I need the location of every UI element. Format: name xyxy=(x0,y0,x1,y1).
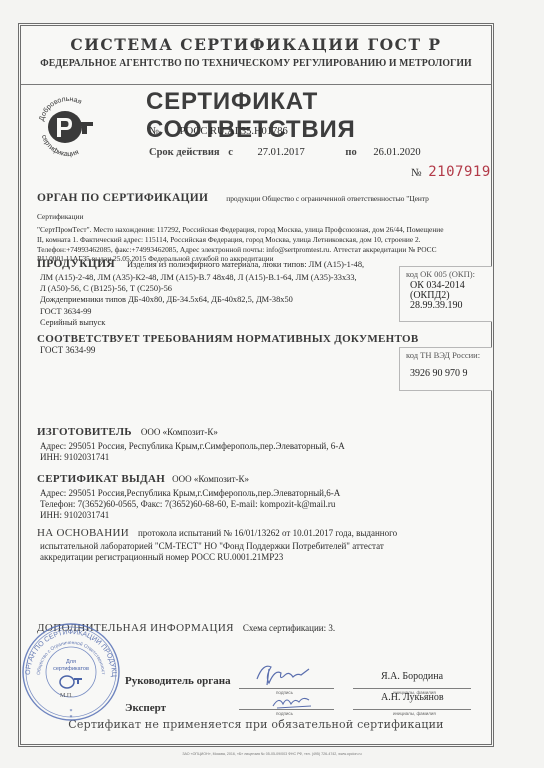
manufacturer-name: ООО «Композит-К» xyxy=(141,427,218,437)
issued-to-section: СЕРТИФИКАТ ВЫДАН ООО «Композит-К» Адрес:… xyxy=(37,469,477,522)
basis-title: НА ОСНОВАНИИ xyxy=(37,527,129,539)
from-label: с xyxy=(228,147,233,158)
products-line: ЛМ (А15)-2-48, ЛМ (А35)-К2-48, ЛМ (А15)-… xyxy=(37,272,397,283)
manufacturer-title: ИЗГОТОВИТЕЛЬ xyxy=(37,426,132,438)
validity-row: Срок действия с 27.01.2017 по 26.01.2020 xyxy=(149,147,421,158)
basis-line: протокола испытаний № 16/01/13262 от 10.… xyxy=(138,528,397,538)
basis-line: испытательной лабораторией "СМ-ТЕСТ" НО … xyxy=(37,541,477,552)
products-title: ПРОДУКЦИЯ xyxy=(37,258,115,270)
issued-to-inn: ИНН: 9102031741 xyxy=(37,510,477,521)
basis-section: НА ОСНОВАНИИ протокола испытаний № 16/01… xyxy=(37,523,477,563)
head-label: Руководитель органа xyxy=(125,675,231,687)
signature-icon xyxy=(249,659,329,689)
manufacturer-address: Адрес: 295051 Россия, Республика Крым,г.… xyxy=(37,441,477,452)
serial-number: 2107919 xyxy=(428,164,491,180)
compliance-section: СООТВЕТСТВУЕТ ТРЕБОВАНИЯМ НОРМАТИВНЫХ ДО… xyxy=(37,333,457,356)
tnved-code-label: код ТН ВЭД России: xyxy=(406,350,492,360)
issued-to-name: ООО «Композит-К» xyxy=(172,474,249,484)
manufacturer-section: ИЗГОТОВИТЕЛЬ ООО «Композит-К» Адрес: 295… xyxy=(37,422,477,463)
compliance-title: СООТВЕТСТВУЕТ ТРЕБОВАНИЯМ НОРМАТИВНЫХ ДО… xyxy=(37,333,457,345)
okp-code-box: код ОК 005 (ОКП): ОК 034-2014 (ОКПД2) 28… xyxy=(399,266,492,322)
expert-name-line xyxy=(353,709,471,710)
basis-line: аккредитации регистрационный номер РОСС … xyxy=(37,552,477,563)
certification-body-section: ОРГАН ПО СЕРТИФИКАЦИИ продукции Общество… xyxy=(37,188,477,264)
svg-text:М.П.: М.П. xyxy=(60,693,73,699)
certification-body-title: ОРГАН ПО СЕРТИФИКАЦИИ xyxy=(37,192,208,204)
products-line: Серийный выпуск xyxy=(37,317,397,328)
manufacturer-inn: ИНН: 9102031741 xyxy=(37,452,477,463)
svg-text:Для: Для xyxy=(66,659,76,665)
signature-icon xyxy=(269,690,319,712)
compliance-standard: ГОСТ 3634-99 xyxy=(37,345,457,356)
certification-scheme: Схема сертификации: 3. xyxy=(243,623,335,633)
tnved-code-value: 3926 90 970 9 xyxy=(406,369,492,379)
system-title: СИСТЕМА СЕРТИФИКАЦИИ ГОСТ Р xyxy=(21,35,491,54)
products-line: Дождеприемники типов ДБ-40х80, ДБ-34.5х6… xyxy=(37,294,397,305)
registration-number: РОСС RU.АГ35.Н01786 xyxy=(180,126,288,137)
expert-name: А.Н. Лукьянов xyxy=(381,692,444,703)
registration-number-row: № РОСС RU.АГ35.Н01786 xyxy=(149,126,288,137)
svg-text:сертификатов: сертификатов xyxy=(53,666,89,672)
serial-row: № 2107919 xyxy=(411,164,491,180)
tnved-code-box: код ТН ВЭД России: 3926 90 970 9 xyxy=(399,347,492,391)
certification-body-line: Телефон:+74993462085, факс:+74993462085,… xyxy=(37,245,477,255)
header-block: СИСТЕМА СЕРТИФИКАЦИИ ГОСТ Р ФЕДЕРАЛЬНОЕ … xyxy=(21,26,491,85)
rst-mark-icon: Добровольная сертификация xyxy=(35,93,101,159)
head-name-line xyxy=(353,688,471,689)
issued-to-contacts: Телефон: 7(3652)60-0565, Факс: 7(3652)60… xyxy=(37,499,477,510)
svg-text:*: * xyxy=(70,715,73,721)
issued-to-address: Адрес: 295051 Россия,Республика Крым,г.С… xyxy=(37,488,477,499)
to-label: по xyxy=(345,147,356,158)
products-section: ПРОДУКЦИЯ Изделия из полиэфирного матери… xyxy=(37,254,397,328)
valid-to-date: 26.01.2020 xyxy=(373,147,420,158)
expert-signature-caption: подпись xyxy=(276,711,293,716)
agency-name: ФЕДЕРАЛЬНОЕ АГЕНТСТВО ПО ТЕХНИЧЕСКОМУ РЕ… xyxy=(30,58,481,69)
number-label: № xyxy=(149,126,159,137)
products-line: Л (А50)-56, С (В125)-56, Т (С250)-56 xyxy=(37,283,397,294)
products-line: Изделия из полиэфирного материала, люки … xyxy=(127,260,364,269)
printer-imprint: ЗАО «ОПЦИОН», Москва, 2016, «Б» лицензия… xyxy=(0,752,544,756)
products-line: ГОСТ 3634-99 xyxy=(37,306,397,317)
issued-to-title: СЕРТИФИКАТ ВЫДАН xyxy=(37,473,165,485)
validity-label: Срок действия xyxy=(149,147,220,158)
okp-code-label: код ОК 005 (ОКП): xyxy=(406,269,492,279)
okp-code-line: 28.99.39.190 xyxy=(406,301,492,311)
serial-label: № xyxy=(411,167,422,179)
certification-body-line: "СертПромТест". Место нахождения: 117292… xyxy=(37,225,477,235)
certification-stamp-icon: ОРГАН ПО СЕРТИФИКАЦИИ ПРОДУКЦИИ Общество… xyxy=(18,615,123,725)
valid-from-date: 27.01.2017 xyxy=(258,147,305,158)
expert-name-caption: инициалы, фамилия xyxy=(393,711,436,716)
certification-body-line: II, комната 1. Фактический адрес: 115114… xyxy=(37,235,477,245)
expert-label: Эксперт xyxy=(125,702,166,714)
head-name: Я.А. Бородина xyxy=(381,671,443,682)
